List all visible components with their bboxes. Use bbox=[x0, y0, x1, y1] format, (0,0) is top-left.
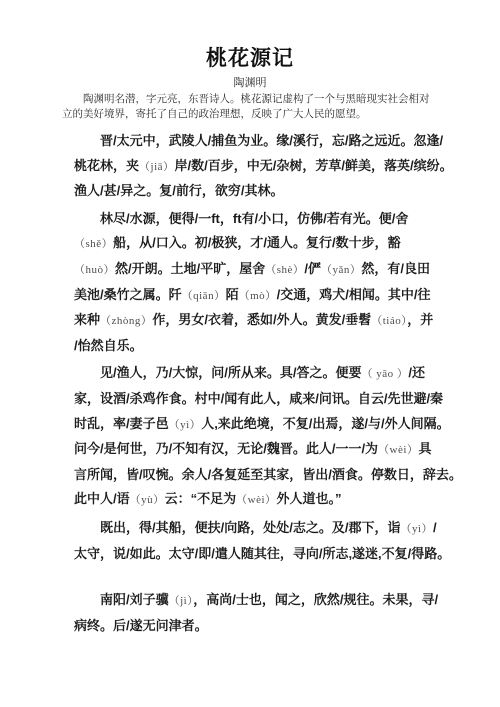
text-line: 晋/太元中，武陵人/捕鱼为业。缘/溪行，忘/路之远近。忽逢/ bbox=[74, 129, 442, 154]
pinyin-annotation: （zhòng） bbox=[100, 315, 152, 327]
text-line: /怡然自乐。 bbox=[74, 334, 442, 359]
pinyin-annotation: （huò） bbox=[74, 264, 115, 276]
pinyin-annotation: （yì） bbox=[400, 523, 433, 535]
pinyin-annotation: （yù） bbox=[130, 494, 165, 506]
text-line: 美池/桑竹之属。阡（qiān）陌（mò）/交通，鸡犬/相闻。其中/往 bbox=[74, 283, 442, 309]
pinyin-annotation: （mò） bbox=[239, 290, 277, 302]
text-line: 见/渔人，乃/大惊，问/所从来。具/答之。便要（ yāo ）/还 bbox=[74, 361, 442, 387]
pinyin-annotation: （yì） bbox=[169, 419, 202, 431]
text-line: 来种（zhòng）作，男女/衣着，悉如/外人。黄发/垂髫（tiáo），并 bbox=[74, 308, 442, 334]
document-page: 桃花源记 陶渊明 陶渊明名潜，字元亮，东晋诗人。桃花源记虚构了一个与黑暗现实社会… bbox=[0, 0, 500, 707]
text-line: （huò）然/开朗。土地/平旷，屋舍（shè）/俨（yǎn）然，有/良田 bbox=[74, 257, 442, 283]
pinyin-annotation: （jì） bbox=[169, 595, 194, 607]
paragraph: 见/渔人，乃/大惊，问/所从来。具/答之。便要（ yāo ）/还家，设酒/杀鸡作… bbox=[74, 361, 442, 513]
pinyin-annotation: （shě） bbox=[74, 238, 113, 250]
pinyin-annotation: （yǎn） bbox=[321, 264, 361, 276]
text-line: 言所闻，皆/叹惋。余人/各复延至其家，皆出/酒食。停数日，辞去。 bbox=[74, 463, 442, 488]
pinyin-annotation: （tiáo） bbox=[371, 315, 407, 327]
pinyin-annotation: （ yāo ） bbox=[361, 368, 408, 380]
paragraph: 既出，得/其船，便扶/向路，处处/志之。及/郡下，诣（yì）/太守，说/如此。太… bbox=[74, 516, 442, 566]
text-line: 桃花林，夹（jiā）岸/数/百步，中无/杂树，芳草/鲜美，落英/缤纷。 bbox=[74, 154, 442, 180]
text-line: 陶渊明名潜，字元亮，东晋诗人。桃花源记虚构了一个与黑暗现实社会相对 bbox=[62, 92, 438, 107]
pinyin-annotation: （jiā） bbox=[139, 161, 175, 173]
text-line: 家，设酒/杀鸡作食。村中/闻有此人，咸来/问讯。自云/先世避/秦 bbox=[74, 387, 442, 412]
text-line: （shě）船，从/口入。初/极狭，才/通人。复行/数十步，豁 bbox=[74, 231, 442, 257]
text-line: 渔人/甚/异之。复/前行，欲穷/其林。 bbox=[74, 179, 442, 204]
text-line: 南阳/刘子骥（jì），高尚/士也，闻之，欣然/规往。未果，寻/ bbox=[74, 588, 442, 614]
paragraph: 南阳/刘子骥（jì），高尚/士也，闻之，欣然/规往。未果，寻/病终。后/遂无问津… bbox=[74, 588, 442, 638]
text-line: 时乱，率/妻子邑（yì）人,来此绝境，不复/出焉，遂/与/外人间隔。 bbox=[74, 412, 442, 438]
paragraph: 晋/太元中，武陵人/捕鱼为业。缘/溪行，忘/路之远近。忽逢/桃花林，夹（jiā）… bbox=[74, 129, 442, 204]
text-line: 立的美好境界，寄托了自己的政治理想，反映了广大人民的愿望。 bbox=[62, 107, 438, 122]
paragraph: 林尽/水源，便得/一ft，ft有/小口，仿佛/若有光。便/舍（shě）船，从/口… bbox=[74, 207, 442, 359]
document-author: 陶渊明 bbox=[0, 76, 500, 90]
pinyin-annotation: （wèi） bbox=[378, 444, 418, 456]
document-body: 晋/太元中，武陵人/捕鱼为业。缘/溪行，忘/路之远近。忽逢/桃花林，夹（jiā）… bbox=[74, 129, 442, 638]
text-line: 问今/是何世，乃/不知有汉，无论/魏晋。此人/一一/为（wèi）具 bbox=[74, 437, 442, 463]
pinyin-annotation: （qiān） bbox=[182, 290, 226, 302]
pinyin-annotation: （wèi） bbox=[236, 494, 276, 506]
text-line: 病终。后/遂无问津者。 bbox=[74, 614, 442, 639]
text-line: 林尽/水源，便得/一ft，ft有/小口，仿佛/若有光。便/舍 bbox=[74, 207, 442, 232]
pinyin-annotation: （shè） bbox=[265, 264, 304, 276]
text-line: 此中人/语（yù）云：“不足为（wèi）外人道也。” bbox=[74, 487, 442, 513]
document-title: 桃花源记 bbox=[0, 46, 500, 72]
document-intro: 陶渊明名潜，字元亮，东晋诗人。桃花源记虚构了一个与黑暗现实社会相对立的美好境界，… bbox=[62, 92, 438, 122]
text-line: 既出，得/其船，便扶/向路，处处/志之。及/郡下，诣（yì）/ bbox=[74, 516, 442, 542]
text-line: 太守，说/如此。太守/即/遣人随其往，寻向/所志,遂迷,不复/得路。 bbox=[74, 542, 442, 567]
